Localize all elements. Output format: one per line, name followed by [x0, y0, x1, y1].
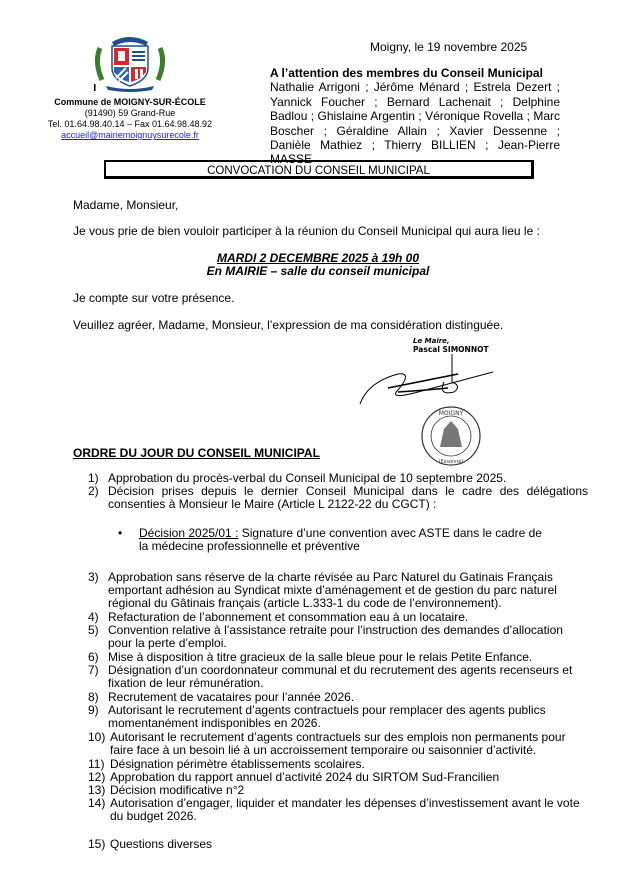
commune-phone-fax: Tel. 01.64.98.40.14 – Fax 01.64.98.48.92 [0, 119, 260, 130]
date-line: Moigny, le 19 novembre 2025 [370, 40, 527, 54]
agenda-item: 9)Autorisant le recrutement d’agents con… [88, 704, 588, 730]
recipients-block: A l’attention des membres du Conseil Mun… [270, 66, 560, 167]
meeting-details: MARDI 2 DECEMBRE 2025 à 19h 00 En MAIRIE… [73, 252, 563, 278]
official-stamp-icon: MOIGNY (Essonne) [418, 405, 484, 467]
commune-email-link[interactable]: accueil@mairiemoignuysurecole.fr [0, 130, 260, 141]
svg-text:MOIGNY: MOIGNY [439, 410, 464, 417]
bullet-icon: • [118, 527, 122, 540]
intro-text: Je vous prie de bien vouloir participer … [73, 224, 540, 238]
meeting-place: En MAIRIE – salle du conseil municipal [73, 265, 563, 278]
agenda-item: 5)Convention relative à l’assistance ret… [88, 624, 588, 650]
salutation: Madame, Monsieur, [73, 198, 178, 212]
attention-heading: A l’attention des membres du Conseil Mun… [270, 66, 560, 80]
agenda-item: 14)Autorisation d’engager, liquider et m… [88, 797, 588, 823]
commune-address: (91490) 59 Grand-Rue [0, 108, 260, 119]
agenda-item: 3)Approbation sans réserve de la charte … [88, 571, 588, 611]
commune-name: Commune de MOIGNY-SUR-ÉCOLE [0, 97, 260, 108]
agenda-item: 15)Questions diverses [88, 838, 588, 851]
agenda-item: 7)Désignation d’un coordonnateur communa… [88, 664, 588, 690]
coat-of-arms-icon [92, 30, 168, 92]
convocation-banner: CONVOCATION DU CONSEIL MUNICIPAL [104, 160, 534, 179]
agenda-title: ORDRE DU JOUR DU CONSEIL MUNICIPAL [73, 446, 320, 460]
agenda-sub-decision: • Décision 2025/01 : Signature d’une con… [118, 527, 548, 553]
signature-title: Le Maire, [413, 337, 450, 345]
svg-text:(Essonne): (Essonne) [439, 459, 464, 465]
agenda-item: 10)Autorisant le recrutement d’agents co… [88, 731, 588, 757]
decision-label: Décision 2025/01 : [139, 526, 238, 540]
presence-text: Je compte sur votre présence. [73, 291, 234, 305]
handwritten-signature-icon [358, 352, 498, 407]
agenda-item: 2)Décision prises depuis le dernier Cons… [88, 485, 588, 511]
recipient-names: Nathalie Arrigoni ; Jérôme Ménard ; Estr… [270, 80, 560, 166]
closing-text: Veuillez agréer, Madame, Monsieur, l’exp… [73, 318, 503, 332]
